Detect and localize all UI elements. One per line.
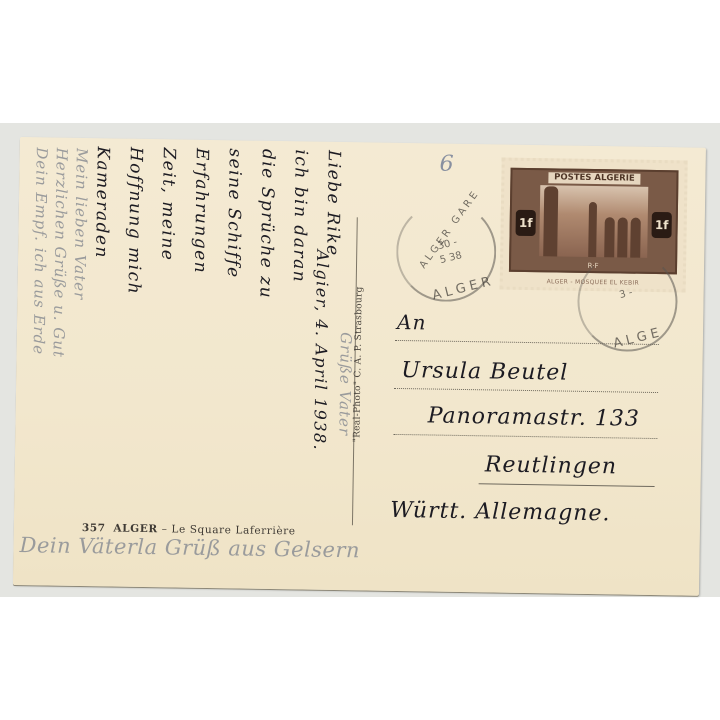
address-rule bbox=[394, 388, 658, 393]
message-line: Zeit, meine bbox=[146, 147, 185, 517]
postcard: Mein lieben Vater Herzlichen Grüße u. Gu… bbox=[13, 137, 706, 596]
postmark: ALGER GARE 30 - 5 38 ALGER bbox=[395, 201, 497, 303]
caption-city: ALGER bbox=[113, 523, 157, 536]
postmark-bottom: ALGE bbox=[612, 325, 665, 352]
address-name: Ursula Beutel bbox=[401, 358, 568, 386]
postmark-date-line: 3 - bbox=[618, 287, 633, 301]
pencil-message: Mein lieben Vater Herzlichen Grüße u. Gu… bbox=[16, 147, 92, 508]
postmark-date: 3 - bbox=[618, 286, 634, 303]
message-line: seine Schiffe bbox=[212, 148, 251, 518]
address-street: Panoramastr. 133 bbox=[427, 403, 640, 431]
postmark-date-line: 30 - bbox=[437, 237, 459, 252]
stamp-value-left: 1f bbox=[516, 210, 536, 236]
postmark-date-line: 5 38 bbox=[439, 250, 463, 266]
caption-number: 357 bbox=[82, 522, 106, 534]
message-line: Kameraden bbox=[84, 146, 119, 516]
message-line: Hoffnung mich bbox=[113, 147, 152, 517]
message-line: Erfahrungen bbox=[179, 148, 218, 518]
address-city-underline bbox=[479, 483, 655, 487]
postmark: 3 - ALGE bbox=[577, 251, 679, 353]
stamp-title: POSTES ALGERIE bbox=[548, 172, 640, 184]
message-line: die Sprüche zu bbox=[245, 149, 284, 519]
address-salutation: An bbox=[397, 310, 427, 334]
address-city: Reutlingen bbox=[485, 452, 617, 479]
message-date: Algier, 4. April 1938. bbox=[310, 250, 332, 452]
mosque-illustration bbox=[539, 185, 648, 258]
postmark-date: 30 - 5 38 bbox=[435, 235, 463, 268]
arch-shape bbox=[604, 217, 615, 257]
address-rule bbox=[393, 434, 657, 439]
pencil-bottom-note: Dein Väterla Grüß aus Gelsern bbox=[19, 533, 360, 562]
publisher-imprint: "Real-Photo" C. A. P. Strasbourg bbox=[352, 286, 364, 442]
pillar-shape bbox=[544, 186, 559, 256]
pencil-number: 6 bbox=[439, 152, 453, 177]
stamp-value-right: 1f bbox=[651, 212, 671, 238]
minaret-shape bbox=[588, 202, 597, 257]
postmark-bottom: ALGER bbox=[431, 273, 496, 303]
address-country: Württ. Allemagne. bbox=[390, 498, 611, 526]
handwritten-message: Liebe Rike ich bin daran die Sprüche zu … bbox=[84, 146, 350, 520]
